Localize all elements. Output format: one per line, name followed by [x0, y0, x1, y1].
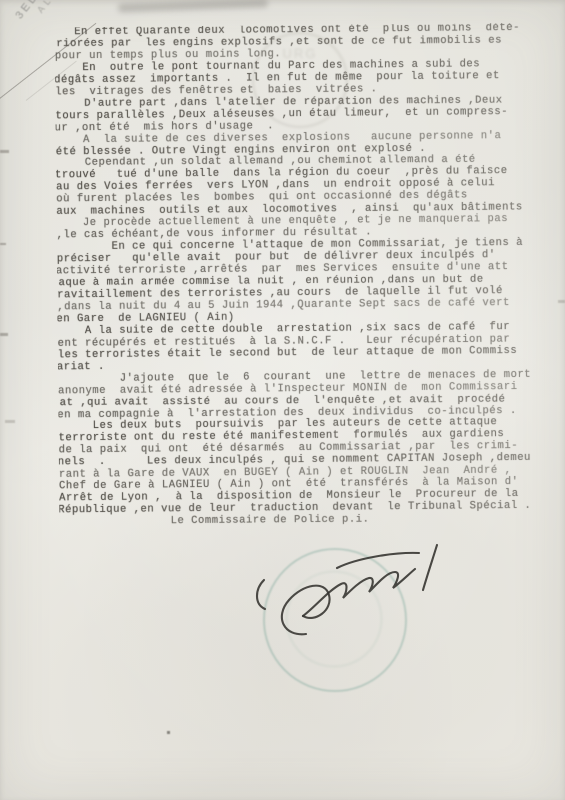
scan-speck: [167, 731, 170, 734]
handwritten-signature: [244, 538, 444, 658]
scan-speck: [0, 243, 6, 245]
scan-speck: [5, 420, 15, 423]
scan-speck: [0, 333, 8, 336]
scanned-document-page: 3ED 6 38 AL 9 URG En effet Quarante deux…: [0, 0, 565, 800]
scan-speck: [558, 300, 565, 303]
letter-line: Le Commissaire de Police p.i.: [61, 513, 561, 529]
letter-body: En effet Quarante deux locomotives ont é…: [55, 23, 560, 530]
scan-smudge: [118, 0, 268, 13]
scan-speck: [0, 150, 9, 153]
